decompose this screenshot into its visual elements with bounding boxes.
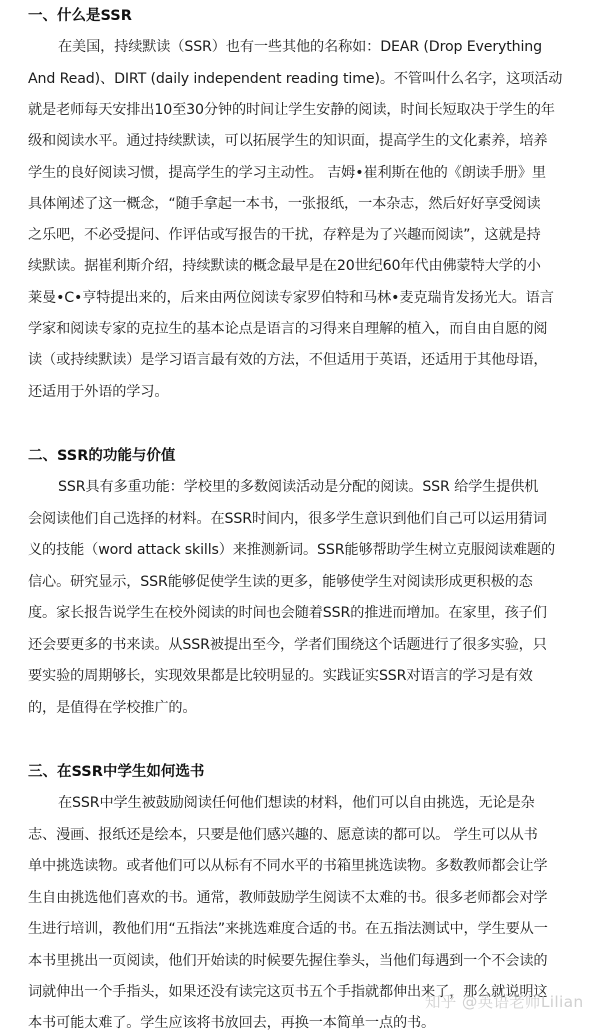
paragraph-line: 生进行培训，教他们用“五指法”来挑选难度合适的书。在五指法测试中，学生要从一	[28, 919, 548, 939]
paragraph-line: 续默读。据崔利斯介绍，持续默读的概念最早是在20世纪60年代由佛蒙特大学的小	[28, 256, 541, 276]
section-title-what-is-ssr: 一、什么是SSR	[28, 6, 132, 26]
paragraph-line: 本书里挑出一页阅读，他们开始读的时候要先握住拳头，当他们每遇到一个不会读的	[28, 951, 547, 971]
zhihu-watermark: 知乎 @英语老师Lilian	[425, 991, 584, 1013]
paragraph-line: 生自由挑选他们喜欢的书。通常，教师鼓励学生阅读不太难的书。很多老师都会对学	[28, 888, 547, 908]
paragraph-line: 具体阐述了这一概念，“随手拿起一本书，一张报纸，一本杂志，然后好好享受阅读	[28, 194, 541, 214]
paragraph-line: 度。家长报告说学生在校外阅读的时间也会随着SSR的推进而增加。在家里，孩子们	[28, 603, 547, 623]
paragraph-line: 在美国，持续默读（SSR）也有一些其他的名称如：DEAR (Drop Every…	[58, 37, 542, 57]
paragraph-line: 本书可能太难了。学生应该将书放回去，再换一本简单一点的书。	[28, 1013, 435, 1032]
paragraph-line: 之乐吧，不必受提问、作评估或写报告的干扰，存粹是为了兴趣而阅读”，这就是持	[28, 225, 541, 245]
paragraph-line: 单中挑选读物。或者他们可以从标有不同水平的书箱里挑选读物。多数教师都会让学	[28, 856, 547, 876]
paragraph-line: SSR具有多重功能：学校里的多数阅读活动是分配的阅读。SSR 给学生提供机	[58, 477, 538, 497]
paragraph-line: 学家和阅读专家的克拉生的基本论点是语言的习得来自理解的植入，而自由自愿的阅	[28, 319, 547, 339]
paragraph-line: 信心。研究显示，SSR能够促使学生读的更多，能够使学生对阅读形成更积极的态	[28, 572, 533, 592]
paragraph-line: 级和阅读水平。通过持续默读，可以拓展学生的知识面，提高学生的文化素养，培养	[28, 131, 547, 151]
paragraph-line: 读（或持续默读）是学习语言最有效的方法，不但适用于英语，还适用于其他母语，	[28, 350, 547, 370]
paragraph-line: 在SSR中学生被鼓励阅读任何他们想读的材料，他们可以自由挑选，无论是杂	[58, 793, 535, 813]
paragraph-line: 义的技能（word attack skills）来推测新词。SSR能够帮助学生树…	[28, 540, 555, 560]
paragraph-line: 还会要更多的书来读。从SSR被提出至今，学者们围绕这个话题进行了很多实验，只	[28, 635, 547, 655]
paragraph-line: 要实验的周期够长，实现效果都是比较明显的。实践证实SSR对语言的学习是有效	[28, 666, 533, 686]
section-title-ssr-function-value: 二、SSR的功能与价值	[28, 446, 175, 466]
paragraph-line: 就是老师每天安排出10至30分钟的时间让学生安静的阅读，时间长短取决于学生的年	[28, 100, 555, 120]
paragraph-line: 莱曼•C•亨特提出来的，后来由两位阅读专家罗伯特和马林•麦克瑞肯发扬光大。语言	[28, 288, 554, 308]
paragraph-line: And Read)、DIRT (daily independent readin…	[28, 69, 562, 89]
paragraph-line: 会阅读他们自己选择的材料。在SSR时间内，很多学生意识到他们自己可以运用猜词	[28, 509, 547, 529]
paragraph-line: 学生的良好阅读习惯，提高学生的学习主动性。 吉姆•崔利斯在他的《朗读手册》里	[28, 163, 546, 183]
section-title-how-to-choose-books: 三、在SSR中学生如何选书	[28, 762, 204, 782]
paragraph-line: 志、漫画、报纸还是绘本，只要是他们感兴趣的、愿意读的都可以。 学生可以从书	[28, 825, 538, 845]
paragraph-line: 的，是值得在学校推广的。	[28, 698, 196, 718]
paragraph-line: 还适用于外语的学习。	[28, 382, 168, 402]
